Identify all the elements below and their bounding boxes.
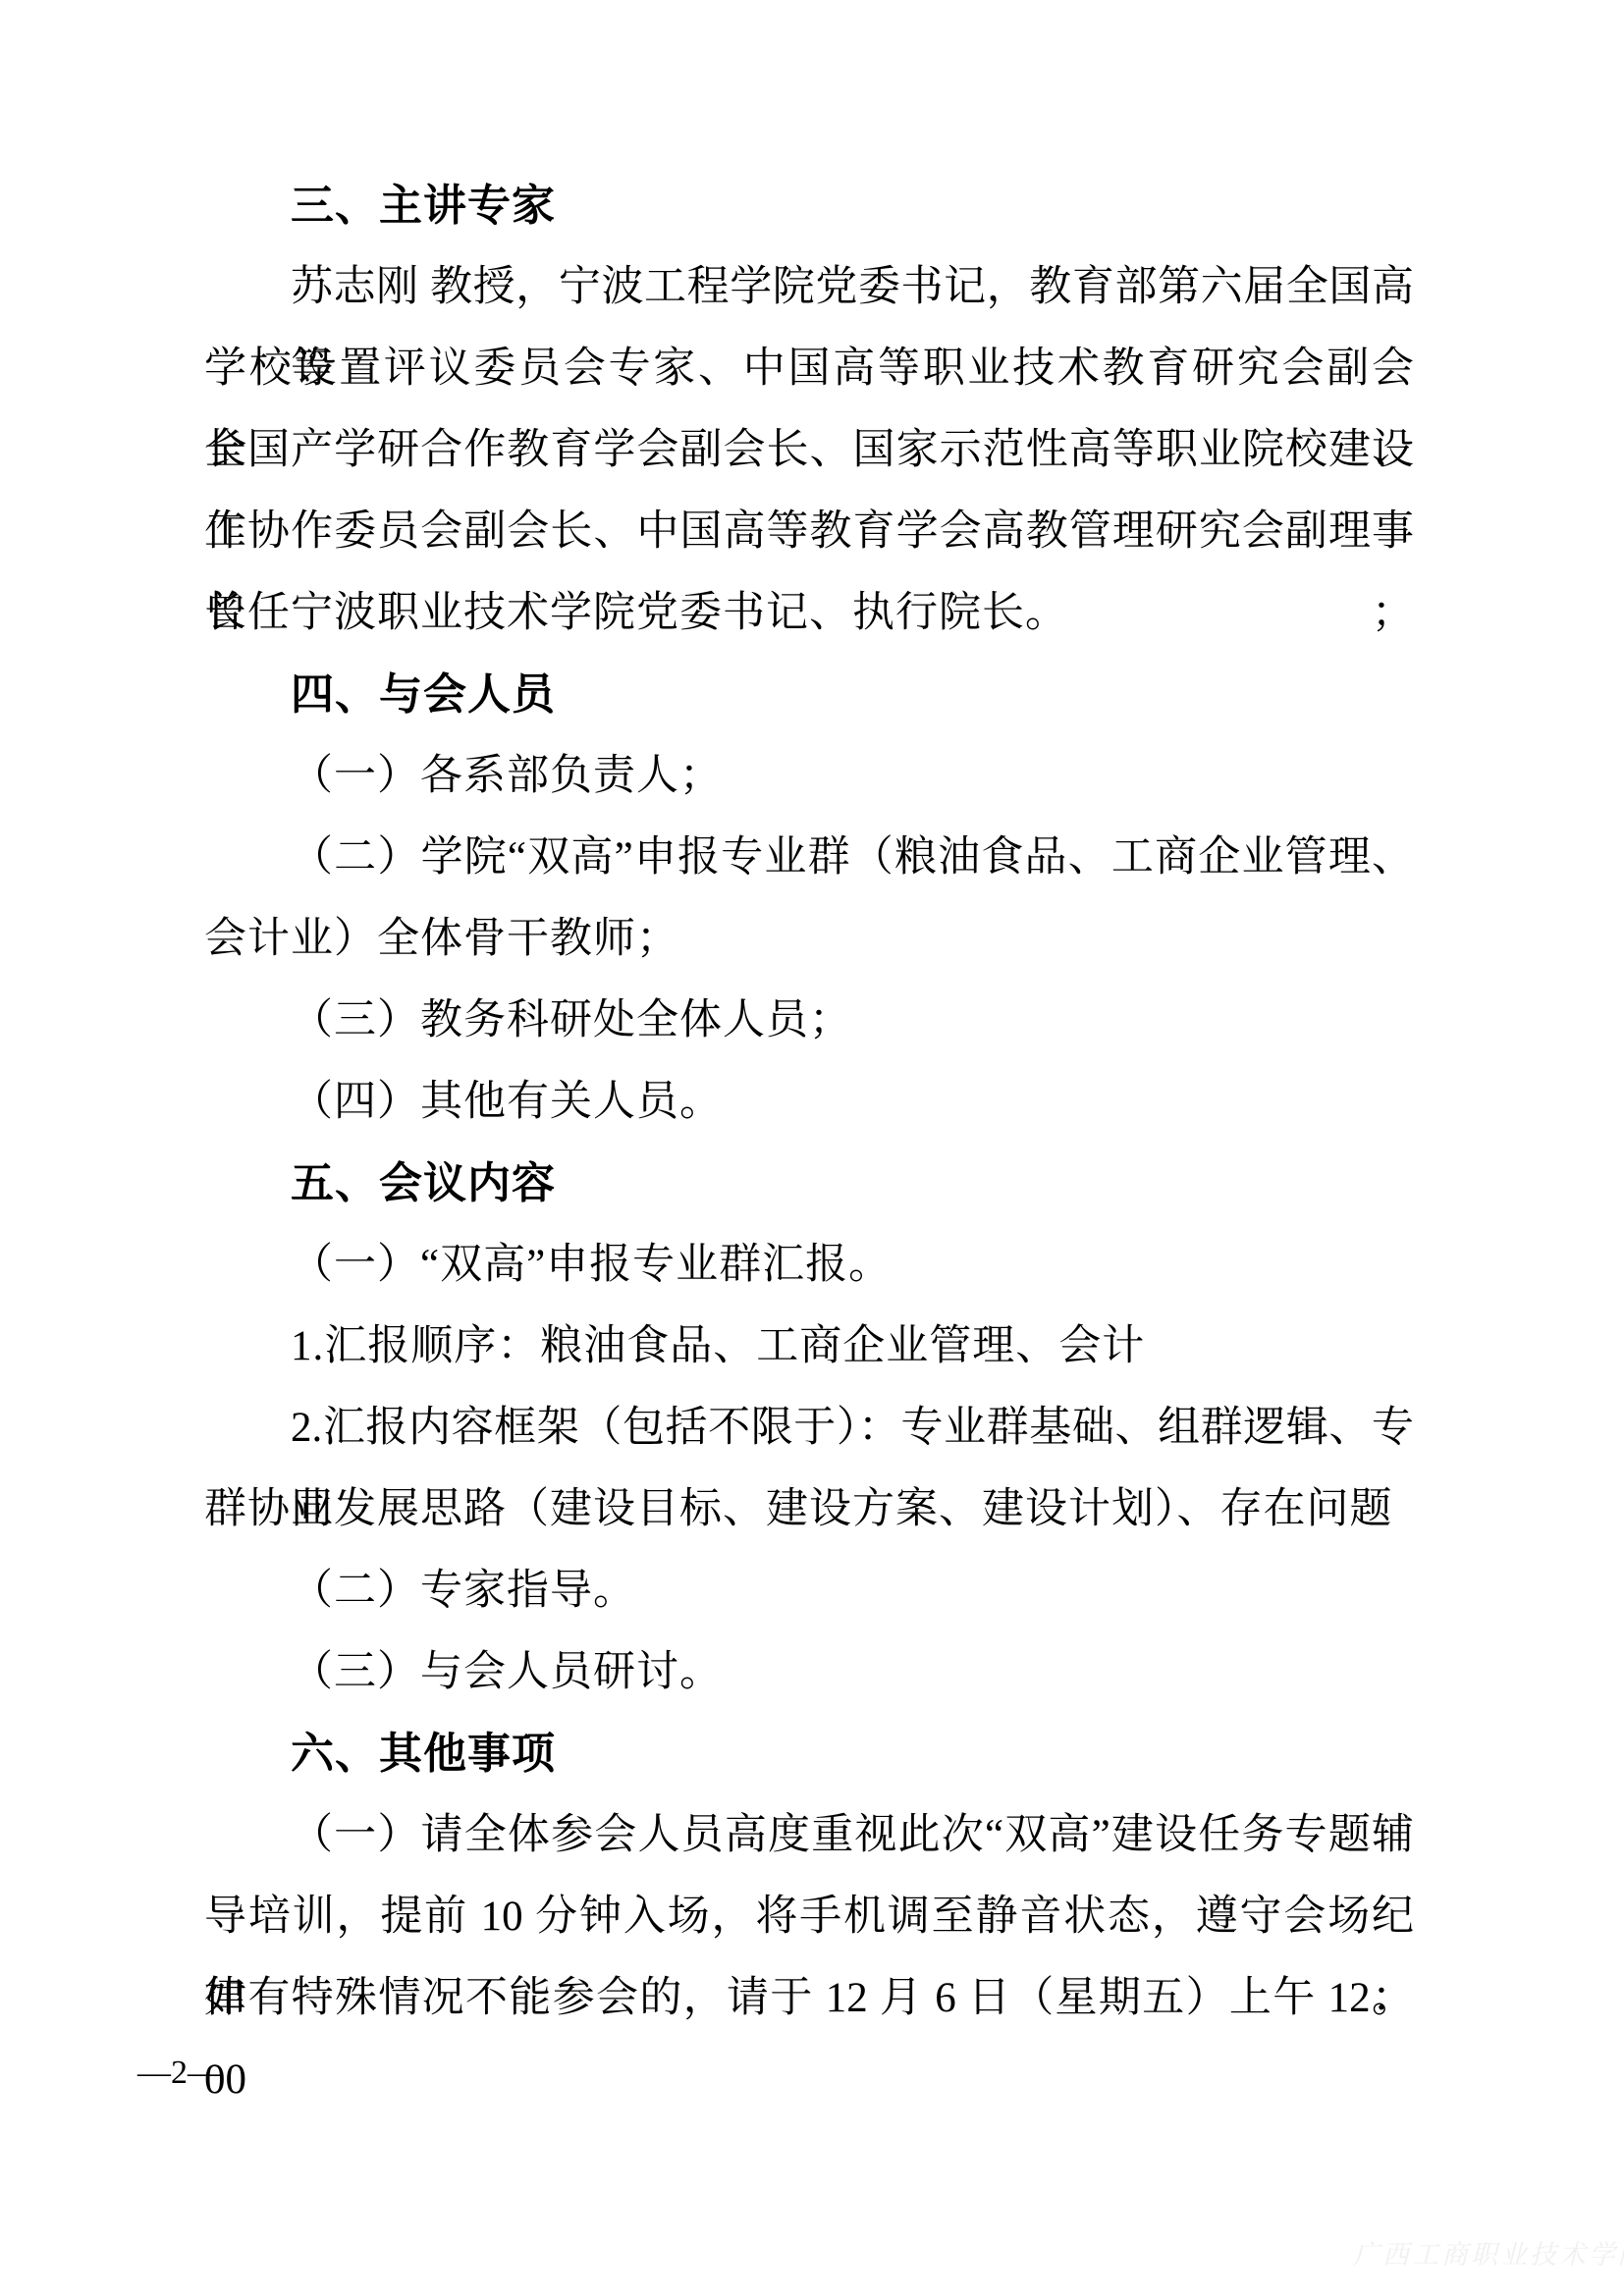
- list-item: （二）学院“双高”申报专业群（粮油食品、工商企业管理、: [204, 817, 1414, 898]
- body-line: 群协同发展思路（建设目标、建设方案、建设计划）、存在问题: [204, 1468, 1414, 1550]
- list-item: 2.汇报内容框架（包括不限于）：专业群基础、组群逻辑、专业: [204, 1387, 1414, 1468]
- document-page: 三、主讲专家 苏志刚 教授，宁波工程学院党委书记，教育部第六届全国高等 学校设置…: [0, 0, 1624, 2296]
- body-line: 如有特殊情况不能参会的，请于 12 月 6 日（星期五）上午 12：00: [204, 1957, 1414, 2039]
- body-line: 会计业）全体骨干教师；: [204, 898, 1414, 980]
- document-body: 三、主讲专家 苏志刚 教授，宁波工程学院党委书记，教育部第六届全国高等 学校设置…: [204, 165, 1414, 2039]
- heading-participants: 四、与会人员: [204, 654, 1414, 735]
- list-item: 1.汇报顺序：粮油食品、工商企业管理、会计: [204, 1306, 1414, 1387]
- list-item: （一）各系部负责人；: [204, 735, 1414, 817]
- body-line: 学校设置评议委员会专家、中国高等职业技术教育研究会副会长、: [204, 328, 1414, 409]
- list-item: （一）“双高”申报专业群汇报。: [204, 1224, 1414, 1306]
- list-item: （四）其他有关人员。: [204, 1061, 1414, 1143]
- list-item: （三）教务科研处全体人员；: [204, 980, 1414, 1061]
- heading-meeting-content: 五、会议内容: [204, 1143, 1414, 1224]
- heading-keynote-expert: 三、主讲专家: [204, 165, 1414, 246]
- body-line: （一）请全体参会人员高度重视此次“双高”建设任务专题辅: [204, 1794, 1414, 1876]
- body-line: 苏志刚 教授，宁波工程学院党委书记，教育部第六届全国高等: [204, 246, 1414, 328]
- watermark-school-name: 广西工商职业技术学院: [1353, 2230, 1624, 2279]
- list-item: （二）专家指导。: [204, 1550, 1414, 1631]
- body-line: 作协作委员会副会长、中国高等教育学会高教管理研究会副理事长；: [204, 491, 1414, 572]
- body-line: 导培训，提前 10 分钟入场，将手机调至静音状态，遵守会场纪律。: [204, 1876, 1414, 1957]
- heading-other-matters: 六、其他事项: [204, 1713, 1414, 1794]
- page-number: —2—: [137, 2050, 221, 2097]
- body-line: 全国产学研合作教育学会副会长、国家示范性高等职业院校建设工: [204, 409, 1414, 491]
- list-item: （三）与会人员研讨。: [204, 1631, 1414, 1713]
